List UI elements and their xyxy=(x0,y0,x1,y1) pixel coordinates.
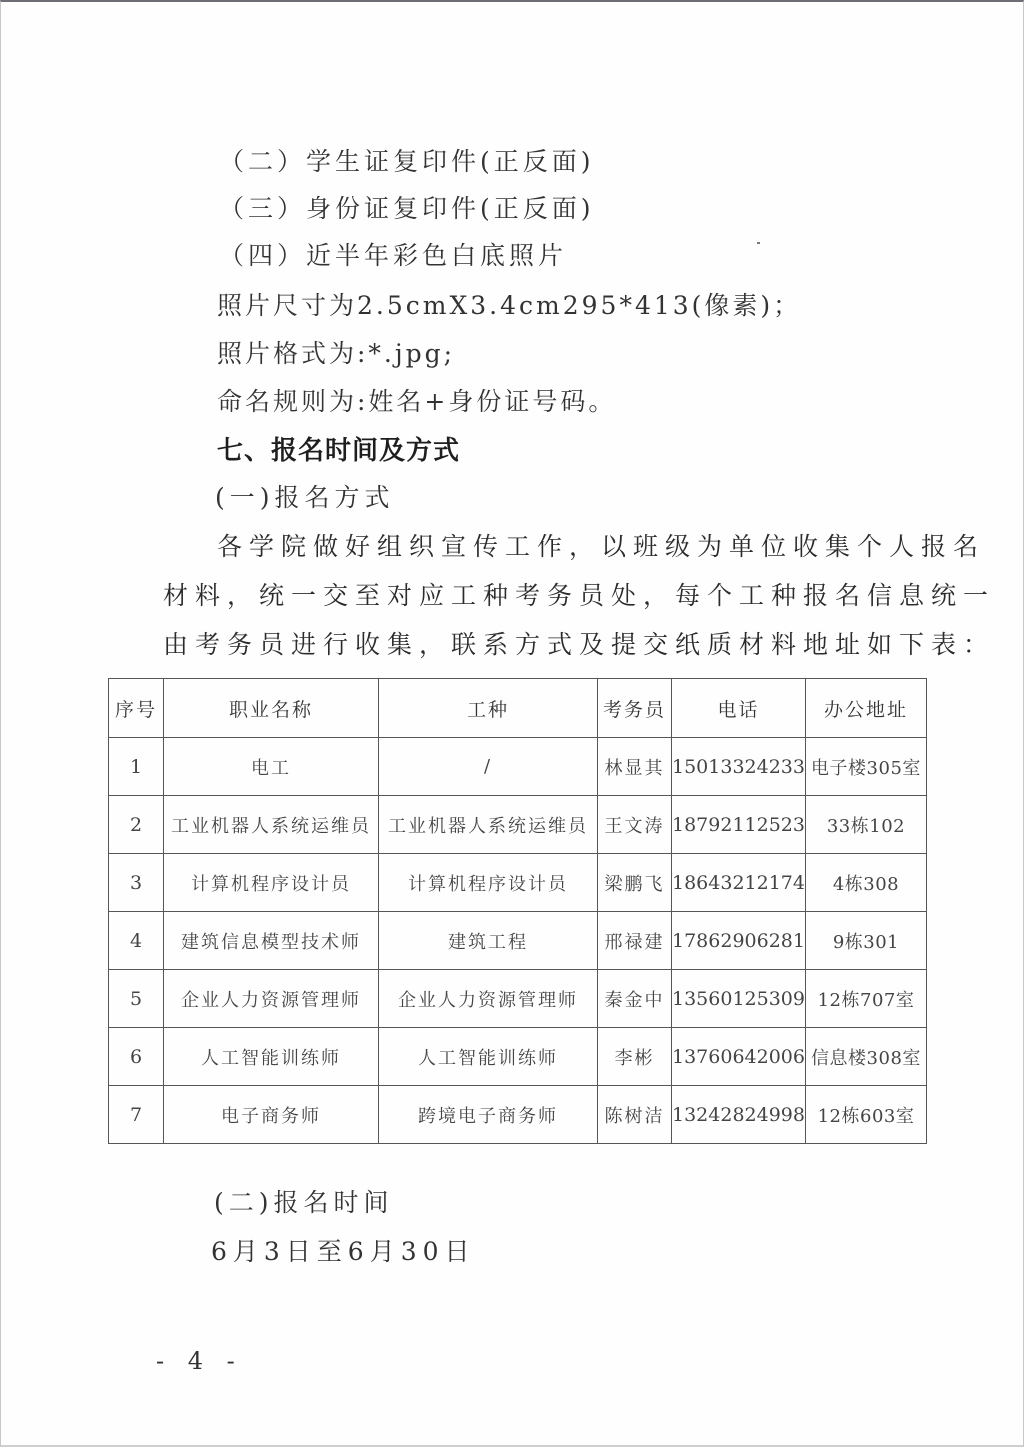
cell-index: 6 xyxy=(109,1028,164,1086)
cell-occupation: 电工 xyxy=(164,738,379,796)
table-row: 6 人工智能训练师 人工智能训练师 李彬 13760642006 信息楼308室 xyxy=(109,1028,927,1086)
document-page: （二）学生证复印件(正反面) （三）身份证复印件(正反面) （四）近半年彩色白底… xyxy=(0,0,1024,1447)
cell-phone: 13560125309 xyxy=(672,970,806,1028)
table-row: 3 计算机程序设计员 计算机程序设计员 梁鹏飞 18643212174 4栋30… xyxy=(109,854,927,912)
cell-job-type: 工业机器人系统运维员 xyxy=(379,796,598,854)
cell-phone: 18792112523 xyxy=(672,796,806,854)
cell-phone: 13242824998 xyxy=(672,1086,806,1144)
cell-occupation: 企业人力资源管理师 xyxy=(164,970,379,1028)
cell-job-type: 计算机程序设计员 xyxy=(379,854,598,912)
sub-heading-registration-time: (二)报名时间 xyxy=(214,1183,394,1219)
cell-index: 5 xyxy=(109,970,164,1028)
scan-speck xyxy=(757,242,760,244)
cell-office-address: 信息楼308室 xyxy=(805,1028,926,1086)
cell-phone: 13760642006 xyxy=(672,1028,806,1086)
sub-heading-registration-method: (一)报名方式 xyxy=(215,478,395,514)
table-row: 7 电子商务师 跨境电子商务师 陈树洁 13242824998 12栋603室 xyxy=(109,1086,927,1144)
cell-office-address: 9栋301 xyxy=(805,912,926,970)
attachment-item-photo: （四）近半年彩色白底照片 xyxy=(219,236,567,272)
photo-size-requirement: 照片尺寸为2.5cmX3.4cm295*413(像素)； xyxy=(217,286,801,322)
cell-office-address: 4栋308 xyxy=(805,854,926,912)
cell-examiner: 李彬 xyxy=(598,1028,672,1086)
cell-job-type: 企业人力资源管理师 xyxy=(379,970,598,1028)
paragraph-line-1: 各学院做好组织宣传工作，以班级为单位收集个人报名 xyxy=(217,527,985,563)
cell-index: 3 xyxy=(109,854,164,912)
table-row: 5 企业人力资源管理师 企业人力资源管理师 秦金中 13560125309 12… xyxy=(109,970,927,1028)
header-index: 序号 xyxy=(109,679,164,738)
cell-office-address: 电子楼305室 xyxy=(805,738,926,796)
section-heading-registration: 七、报名时间及方式 xyxy=(217,430,460,467)
table-row: 4 建筑信息模型技术师 建筑工程 邢禄建 17862906281 9栋301 xyxy=(109,912,927,970)
cell-examiner: 梁鹏飞 xyxy=(598,854,672,912)
header-phone: 电话 xyxy=(672,679,806,738)
cell-examiner: 陈树洁 xyxy=(598,1086,672,1144)
cell-phone: 18643212174 xyxy=(672,854,806,912)
cell-examiner: 秦金中 xyxy=(598,970,672,1028)
attachment-item-student-id: （二）学生证复印件(正反面) xyxy=(219,142,595,178)
registration-contact-table: 序号 职业名称 工种 考务员 电话 办公地址 1 电工 / 林显其 150133… xyxy=(108,678,927,1144)
cell-occupation: 电子商务师 xyxy=(164,1086,379,1144)
cell-office-address: 33栋102 xyxy=(805,796,926,854)
table-header-row: 序号 职业名称 工种 考务员 电话 办公地址 xyxy=(109,679,927,738)
cell-examiner: 林显其 xyxy=(598,738,672,796)
page-number: - 4 - xyxy=(156,1347,243,1375)
cell-index: 2 xyxy=(109,796,164,854)
cell-index: 7 xyxy=(109,1086,164,1144)
cell-job-type: 人工智能训练师 xyxy=(379,1028,598,1086)
attachment-item-id-card: （三）身份证复印件(正反面) xyxy=(219,189,595,225)
cell-occupation: 工业机器人系统运维员 xyxy=(164,796,379,854)
cell-occupation: 计算机程序设计员 xyxy=(164,854,379,912)
cell-office-address: 12栋707室 xyxy=(805,970,926,1028)
table-row: 1 电工 / 林显其 15013324233 电子楼305室 xyxy=(109,738,927,796)
cell-job-type: / xyxy=(379,738,598,796)
header-examiner: 考务员 xyxy=(598,679,672,738)
header-occupation: 职业名称 xyxy=(164,679,379,738)
photo-format-requirement: 照片格式为:*.jpg; xyxy=(217,334,455,370)
cell-phone: 15013324233 xyxy=(672,738,806,796)
cell-index: 1 xyxy=(109,738,164,796)
paragraph-line-3: 由考务员进行收集，联系方式及提交纸质材料地址如下表： xyxy=(163,625,995,661)
cell-examiner: 邢禄建 xyxy=(598,912,672,970)
paragraph-line-2: 材料，统一交至对应工种考务员处，每个工种报名信息统一 xyxy=(163,576,995,612)
cell-job-type: 跨境电子商务师 xyxy=(379,1086,598,1144)
registration-period: 6月3日至6月30日 xyxy=(211,1232,476,1268)
cell-phone: 17862906281 xyxy=(672,912,806,970)
cell-occupation: 建筑信息模型技术师 xyxy=(164,912,379,970)
header-job-type: 工种 xyxy=(379,679,598,738)
header-office-address: 办公地址 xyxy=(805,679,926,738)
cell-office-address: 12栋603室 xyxy=(805,1086,926,1144)
table-row: 2 工业机器人系统运维员 工业机器人系统运维员 王文涛 18792112523 … xyxy=(109,796,927,854)
cell-job-type: 建筑工程 xyxy=(379,912,598,970)
cell-examiner: 王文涛 xyxy=(598,796,672,854)
photo-naming-rule: 命名规则为:姓名+身份证号码。 xyxy=(217,382,616,418)
cell-occupation: 人工智能训练师 xyxy=(164,1028,379,1086)
cell-index: 4 xyxy=(109,912,164,970)
